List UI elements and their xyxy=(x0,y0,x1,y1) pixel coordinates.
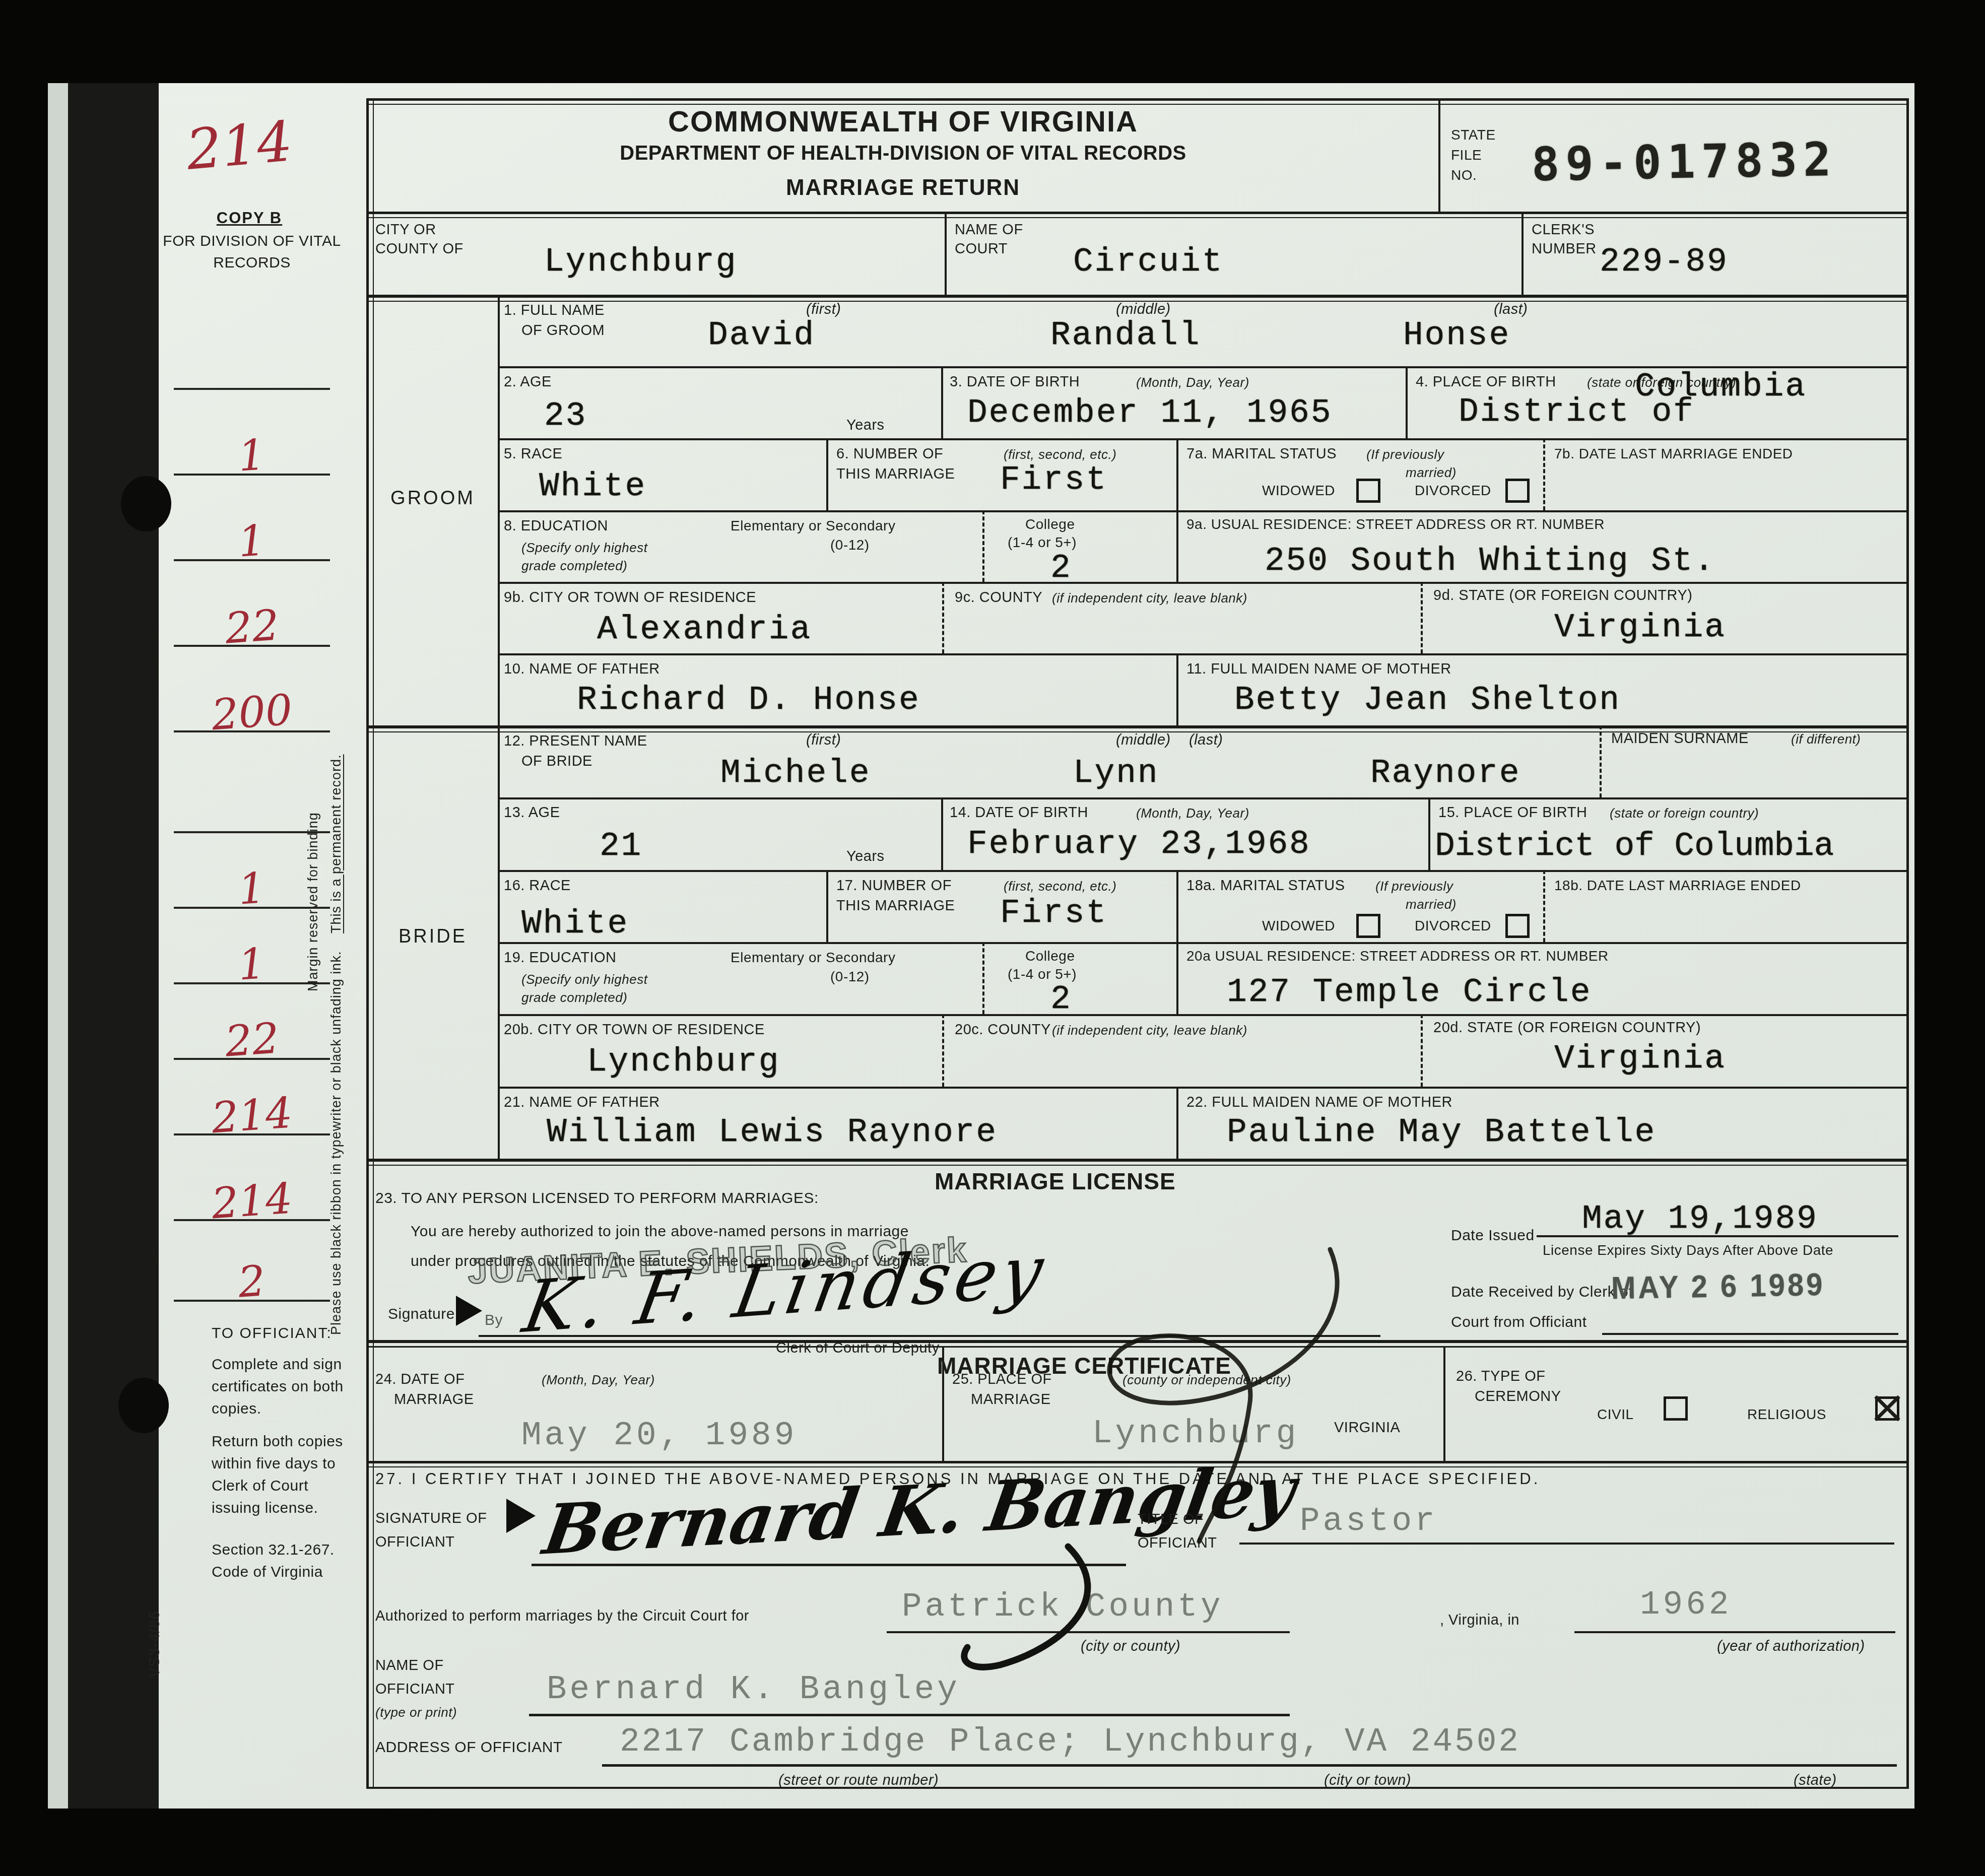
bangley-signature-tail xyxy=(964,1547,1088,1667)
signature-flourish-overlay xyxy=(0,0,1985,1876)
scanned-document: 214 COPY B FOR DIVISION OF VITAL RECORDS… xyxy=(0,0,1985,1876)
lindsey-signature-tail xyxy=(1109,1249,1337,1542)
